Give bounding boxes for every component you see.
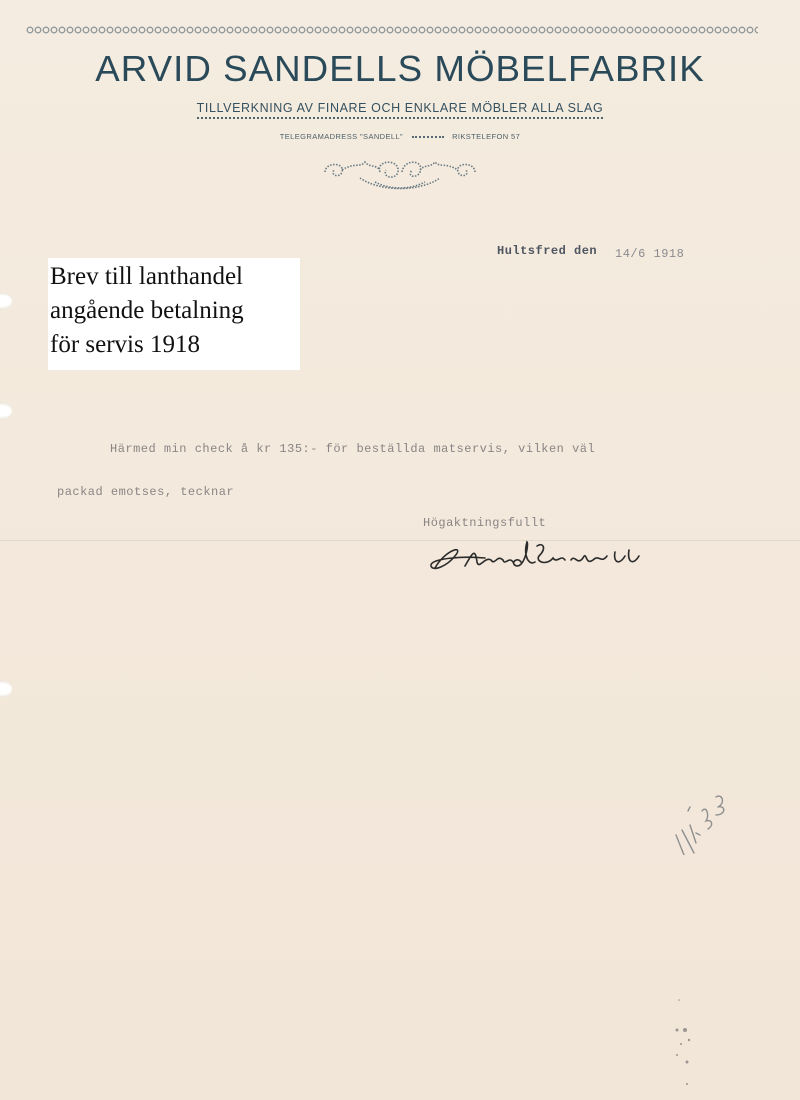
pencil-note <box>660 775 750 855</box>
caption-line: angående betalning <box>50 294 300 328</box>
contact-line: TELEGRAMADRESS "SANDELL" RIKSTELEFON 57 <box>0 132 800 141</box>
dotted-separator <box>412 136 444 138</box>
telegram-address: TELEGRAMADRESS "SANDELL" <box>280 132 403 141</box>
letter-place: Hultsfred den <box>497 244 597 258</box>
paper-specks <box>665 980 705 1090</box>
letter-closing: Högaktningsfullt <box>423 516 546 530</box>
tagline-text: TILLVERKNING AV FINARE OCH ENKLARE MÖBLE… <box>197 101 604 119</box>
ornament-icon <box>320 152 480 192</box>
letter-body-line: Härmed min check å kr 135:- för beställd… <box>110 442 595 456</box>
punch-hole <box>0 680 12 698</box>
letter-date: 14/6 1918 <box>615 247 684 261</box>
letter-body-line: packad emotses, tecknar <box>57 485 234 499</box>
phone-number: RIKSTELEFON 57 <box>452 132 520 141</box>
signature <box>425 536 675 582</box>
paper-fold <box>0 540 800 541</box>
decorative-border <box>26 26 758 34</box>
company-name: ARVID SANDELLS MÖBELFABRIK <box>0 48 800 90</box>
punch-hole <box>0 402 12 420</box>
caption-label: Brev till lanthandel angående betalning … <box>48 258 300 370</box>
company-tagline: TILLVERKNING AV FINARE OCH ENKLARE MÖBLE… <box>0 101 800 115</box>
caption-line: Brev till lanthandel <box>50 260 300 294</box>
punch-hole <box>0 292 12 310</box>
caption-line: för servis 1918 <box>50 328 300 362</box>
